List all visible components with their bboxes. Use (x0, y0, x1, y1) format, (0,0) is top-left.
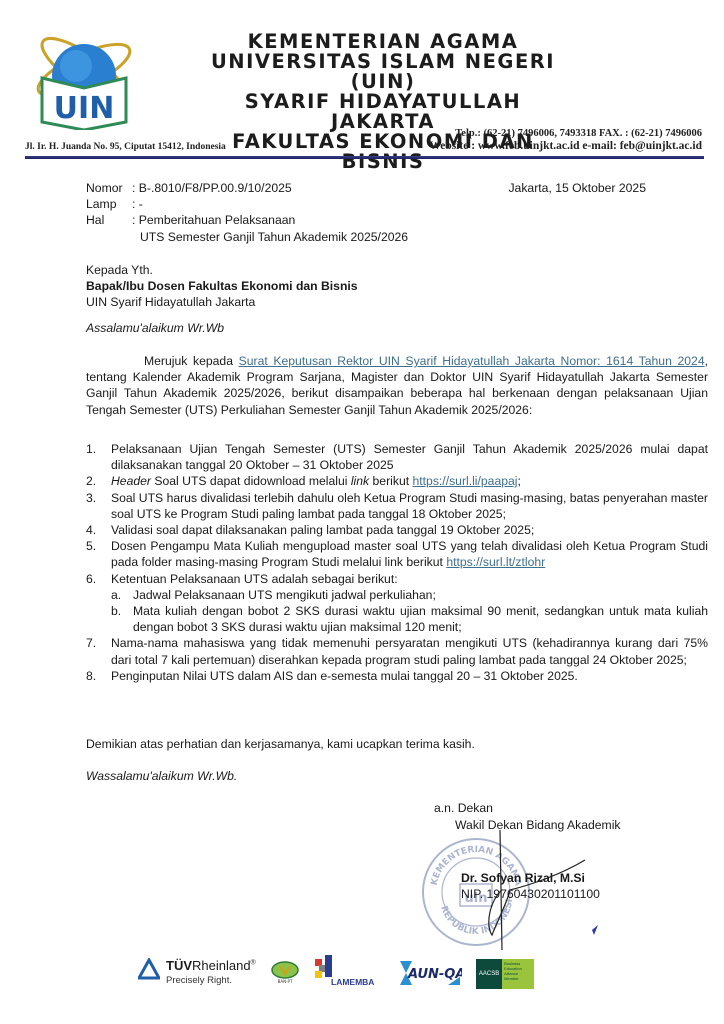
list-text-italic: Header (111, 474, 151, 488)
list-text: Soal UTS harus divalidasi terlebih dahul… (111, 491, 708, 521)
signature-block: a.n. Dekan Wakil Dekan Bidang Akademik D… (434, 800, 621, 833)
sub-list-text: Mata kuliah dengan bobot 2 SKS durasi wa… (133, 604, 708, 634)
intro-paragraph: Merujuk kepada Surat Keputusan Rektor UI… (86, 353, 708, 418)
svg-text:UIN: UIN (54, 91, 115, 126)
nomor-value: : B-.8010/F8/PP.00.9/10/2025 (132, 180, 292, 196)
lamp-value: : - (132, 196, 143, 212)
kop-line-university: UNIVERSITAS ISLAM NEGERI (UIN) (198, 52, 568, 92)
list-item: 1.Pelaksanaan Ujian Tengah Semester (UTS… (86, 441, 708, 473)
svg-text:BAN-PT: BAN-PT (278, 979, 293, 984)
list-item: 8.Penginputan Nilai UTS dalam AIS dan e-… (86, 668, 708, 684)
list-text-italic: link (351, 474, 369, 488)
list-text: Pelaksanaan Ujian Tengah Semester (UTS) … (111, 442, 708, 472)
list-item: 5.Dosen Pengampu Mata Kuliah mengupload … (86, 538, 708, 570)
list-number: 6. (86, 571, 96, 587)
sub-list-letter: a. (111, 587, 121, 603)
sub-list-text: Jadwal Pelaksanaan UTS mengikuti jadwal … (133, 588, 436, 602)
list-number: 4. (86, 522, 96, 538)
lamemba-logo: LAMEMBA (315, 955, 333, 988)
banpt-logo: BAN-PT (270, 960, 300, 989)
letter-date: Jakarta, 15 Oktober 2025 (508, 180, 646, 196)
list-item: 3.Soal UTS harus divalidasi terlebih dah… (86, 490, 708, 522)
list-item: 6.Ketentuan Pelaksanaan UTS adalah sebag… (86, 571, 708, 636)
list-item: 7.Nama-nama mahasiswa yang tidak memenuh… (86, 635, 708, 667)
lamp-label: Lamp (86, 196, 132, 212)
header-download-link[interactable]: https://surl.li/paapaj (413, 474, 518, 488)
list-number: 3. (86, 490, 96, 506)
uin-logo: UIN (28, 30, 136, 130)
list-text: Penginputan Nilai UTS dalam AIS dan e-se… (111, 669, 578, 683)
upload-folder-link[interactable]: https://surl.lt/ztlohr (446, 555, 545, 569)
sub-list: a.Jadwal Pelaksanaan UTS mengikuti jadwa… (111, 587, 708, 636)
nomor-label: Nomor (86, 180, 132, 196)
list-number: 7. (86, 635, 96, 651)
list-text: berikut (369, 474, 412, 488)
sub-list-item: b.Mata kuliah dengan bobot 2 SKS durasi … (111, 603, 708, 635)
kop-line-ministry: KEMENTERIAN AGAMA (198, 32, 568, 52)
list-item: 2.Header Soal UTS dapat didownload melal… (86, 473, 708, 489)
tuv-triangle-icon (138, 958, 160, 980)
hal-value: : Pemberitahuan Pelaksanaan (132, 212, 295, 228)
list-number: 5. (86, 538, 96, 554)
sub-list-item: a.Jadwal Pelaksanaan UTS mengikuti jadwa… (111, 587, 708, 603)
svg-text:AUN-QA: AUN-QA (407, 967, 462, 982)
list-text: Validasi soal dapat dilaksanakan paling … (111, 523, 534, 537)
list-number: 2. (86, 473, 96, 489)
greeting: Assalamu'alaikum Wr.Wb (86, 320, 708, 336)
list-text: Ketentuan Pelaksanaan UTS adalah sebagai… (111, 572, 398, 586)
list-number: 1. (86, 441, 96, 457)
aacsb-logo: AACSB Business Education Alliance Member (476, 959, 534, 989)
list-number: 8. (86, 668, 96, 684)
aun-qa-logo: AUN-QA (398, 959, 462, 992)
letter-meta: Nomor: B-.8010/F8/PP.00.9/10/2025 Lamp: … (86, 180, 646, 245)
recipient-block: Kepada Yth. Bapak/Ibu Dosen Fakultas Eko… (86, 262, 708, 311)
letterhead-website: Website : www.feb.uinjkt.ac.id e-mail: f… (429, 140, 702, 153)
letterhead-phone: Telp.: (62-21) 7496006, 7493318 FAX. : (… (429, 127, 702, 140)
list-text: Soal UTS dapat didownload melalui (151, 474, 351, 488)
intro-text-before: Merujuk kepada (144, 354, 239, 368)
sub-list-letter: b. (111, 603, 121, 619)
list-text: Dosen Pengampu Mata Kuliah mengupload ma… (111, 539, 708, 569)
closing-sentence: Demikian atas perhatian dan kerjasamanya… (86, 736, 708, 752)
list-item: 4.Validasi soal dapat dilaksanakan palin… (86, 522, 708, 538)
list-text: ; (518, 474, 521, 488)
hal-value-line2: UTS Semester Ganjil Tahun Akademik 2025/… (86, 229, 646, 245)
decree-link[interactable]: Surat Keputusan Rektor UIN Syarif Hidaya… (239, 354, 705, 368)
farewell: Wassalamu'alaikum Wr.Wb. (86, 768, 708, 784)
signature-on-behalf: a.n. Dekan (434, 800, 621, 817)
letterhead-rule (25, 156, 704, 159)
recipient-name: Bapak/Ibu Dosen Fakultas Ekonomi dan Bis… (86, 278, 708, 294)
letterhead-address: Jl. Ir. H. Juanda No. 95, Ciputat 15412,… (25, 142, 226, 152)
recipient-salutation: Kepada Yth. (86, 262, 708, 278)
list-text: Nama-nama mahasiswa yang tidak memenuhi … (111, 636, 708, 666)
handwritten-signature (480, 830, 600, 950)
letterhead-contact: Telp.: (62-21) 7496006, 7493318 FAX. : (… (429, 127, 702, 153)
kop-line-campus: SYARIF HIDAYATULLAH JAKARTA (198, 92, 568, 132)
tuv-rheinland-logo: TÜVRheinland® Precisely Right. (138, 958, 256, 986)
accreditation-logos: TÜVRheinland® Precisely Right. BAN-PT LA… (0, 950, 724, 1000)
hal-label: Hal (86, 212, 132, 228)
instruction-list: 1.Pelaksanaan Ujian Tengah Semester (UTS… (86, 441, 708, 684)
recipient-institution: UIN Syarif Hidayatullah Jakarta (86, 294, 708, 310)
